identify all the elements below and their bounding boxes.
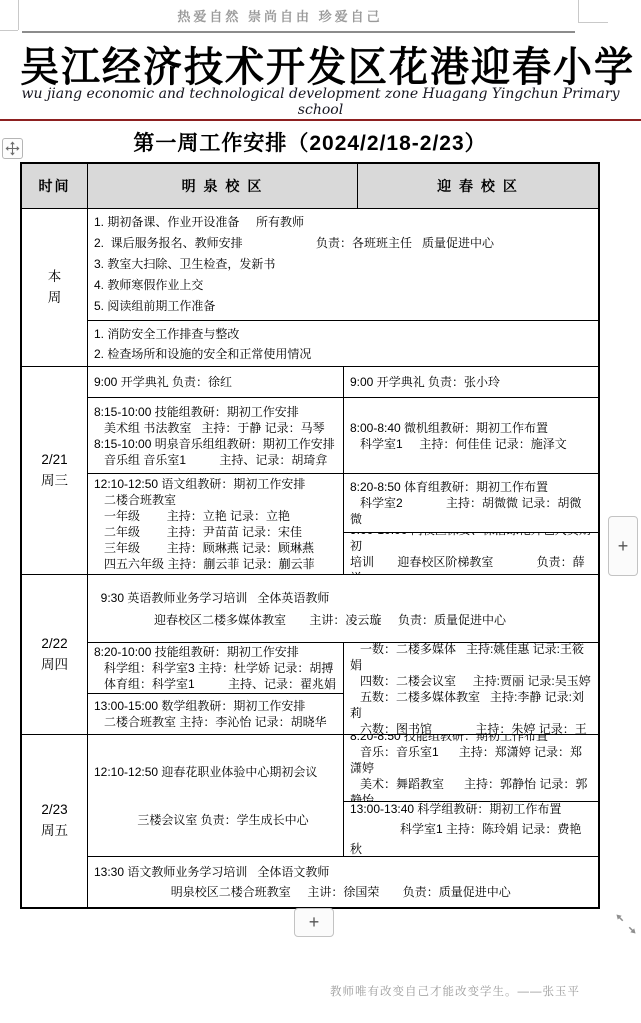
header-margin-mark-left <box>18 0 19 30</box>
move-icon <box>5 141 20 156</box>
add-column-button[interactable]: + <box>608 516 638 576</box>
table-header-row: 时间 明 泉 校 区 迎 春 校 区 <box>22 164 598 209</box>
cell-thu-yingchun-math-group[interactable]: 13:00-13:40 数学组教研：期初工作布置 一数：二楼多媒体 主持:姚佳惠… <box>344 643 598 734</box>
table-resize-handle[interactable] <box>612 910 640 938</box>
cell-wed-mingquan-ceremony[interactable]: 9:00 开学典礼 负责：徐红 <box>88 367 343 397</box>
time-cell-wednesday[interactable]: 2/21 周三 <box>22 367 88 574</box>
cell-fri-mingquan-career-meeting[interactable]: 12:10-12:50 迎春花职业体验中心期初会议 三楼会议室 负责：学生成长中… <box>88 735 343 856</box>
cell-thu-mingquan-math-group[interactable]: 13:00-15:00 数学组教研：期初工作安排 二楼合班教室 主持：李沁怡 记… <box>88 693 343 734</box>
cell-wed-yingchun-security-training[interactable]: 9:00-10:00 两校区保安、保洁绿化外包人员期初 培训 迎春校区阶梯教室 … <box>344 532 598 574</box>
header-cell-yingchun-campus[interactable]: 迎 春 校 区 <box>358 164 598 208</box>
cell-week-safety-tasks[interactable]: 1. 消防安全工作排查与整改 2. 检查场所和设施的安全和正常使用情况 <box>88 320 598 366</box>
cell-wed-yingchun-pe-group[interactable]: 8:20-8:50 体育组教研：期初工作布置 科学室2 主持：胡微微 记录：胡微… <box>344 473 598 532</box>
cell-thu-mingquan-skill-group[interactable]: 8:20-10:00 技能组教研：期初工作安排 科学组：科学室3 主持：杜学娇 … <box>88 643 343 693</box>
header-cell-mingquan-campus[interactable]: 明 泉 校 区 <box>88 164 358 208</box>
schedule-table: 时间 明 泉 校 区 迎 春 校 区 本 周 1. 期初备课、作业开设准备 所有… <box>20 162 600 909</box>
school-name-english-text: wu jiang economic and technological deve… <box>0 86 641 121</box>
time-cell-friday[interactable]: 2/23 周五 <box>22 735 88 907</box>
header-cell-time[interactable]: 时间 <box>22 164 88 208</box>
resize-icon <box>613 911 639 937</box>
cell-thu-english-training[interactable]: 9:30 英语教师业务学习培训 全体英语教师 迎春校区二楼多媒体教室 主讲：凌云… <box>88 575 598 642</box>
row-friday: 2/23 周五 12:10-12:50 迎春花职业体验中心期初会议 三楼会议室 … <box>22 735 598 907</box>
time-cell-thursday[interactable]: 2/22 周四 <box>22 575 88 734</box>
cell-wed-mingquan-chinese-group[interactable]: 12:10-12:50 语文组教研：期初工作安排 二楼合班教室 一年级 主持：立… <box>88 473 343 574</box>
header-margin-mark-right-h <box>578 22 608 23</box>
cell-fri-chinese-training[interactable]: 13:30 语文教师业务学习培训 全体语文教师 明泉校区二楼合班教室 主讲：徐国… <box>88 856 598 907</box>
cell-fri-yingchun-science-group[interactable]: 13:00-13:40 科学组教研：期初工作布置 科学室1 主持：陈玲娟 记录：… <box>344 801 598 856</box>
header-margin-mark-right <box>578 0 579 22</box>
header-margin-mark-left-h <box>0 30 18 31</box>
table-move-handle[interactable] <box>2 138 23 159</box>
cell-fri-yingchun-skill-group[interactable]: 8:20-8:50 技能组教研：期初工作布置 音乐：音乐室1 主持：郑潇婷 记录… <box>344 735 598 801</box>
cell-week-main-tasks[interactable]: 1. 期初备课、作业开设准备 所有教师 2. 课后服务报名、教师安排 负责：各班… <box>88 209 598 320</box>
school-name-calligraphy: 吴江经济技术开发区花港迎春小学 <box>20 35 600 94</box>
page-title: 第一周工作安排（2024/2/18-2/23） <box>20 127 600 157</box>
cell-wed-yingchun-computer-group[interactable]: 8:00-8:40 微机组教研：期初工作布置 科学室1 主持：何佳佳 记录：施泽… <box>344 397 598 473</box>
row-thursday: 2/22 周四 9:30 英语教师业务学习培训 全体英语教师 迎春校区二楼多媒体… <box>22 575 598 735</box>
row-wednesday: 2/21 周三 9:00 开学典礼 负责：徐红 8:15-10:00 技能组教研… <box>22 367 598 575</box>
footer-quote: 教师唯有改变自己才能改变学生。——张玉平 <box>330 983 580 999</box>
time-cell-this-week[interactable]: 本 周 <box>22 209 88 366</box>
school-name-english: wu jiang economic and technological deve… <box>0 86 641 121</box>
cell-wed-yingchun-ceremony[interactable]: 9:00 开学典礼 负责：张小玲 <box>344 367 598 397</box>
add-row-button[interactable]: + <box>294 908 334 937</box>
cell-wed-mingquan-skill-group[interactable]: 8:15-10:00 技能组教研：期初工作安排 美术组 书法教室 主持：于静 记… <box>88 397 343 473</box>
header-motto: 热爱自然 崇尚自由 珍爱自己 <box>0 6 560 25</box>
row-this-week: 本 周 1. 期初备课、作业开设准备 所有教师 2. 课后服务报名、教师安排 负… <box>22 209 598 367</box>
header-rule <box>22 31 575 33</box>
